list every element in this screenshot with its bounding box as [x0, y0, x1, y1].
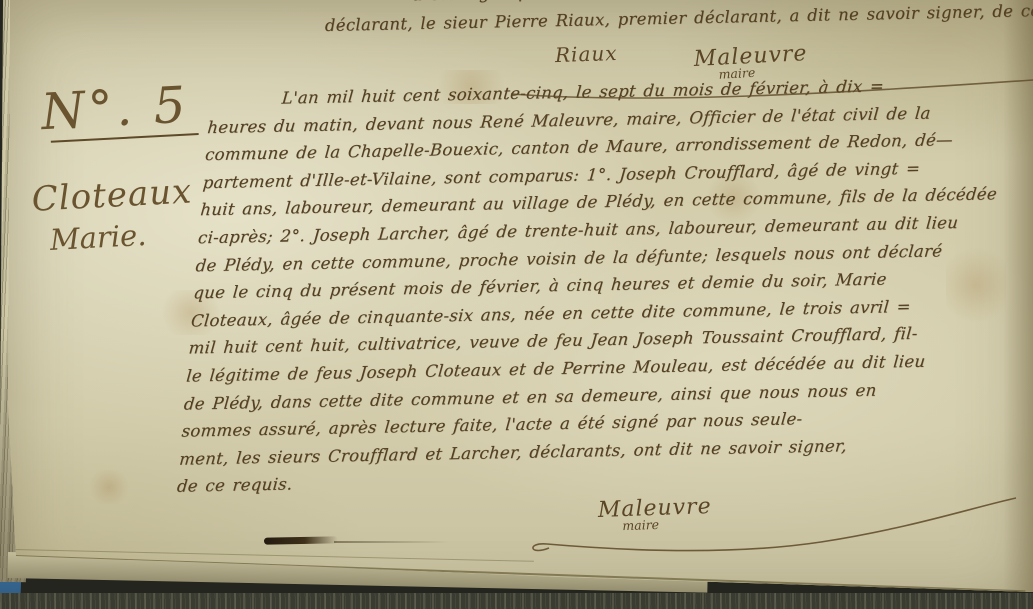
- flourish-stroke: [511, 80, 1033, 98]
- signature-flourish: [511, 488, 1026, 560]
- signature-flourish: [501, 72, 1033, 102]
- signature-text: Riaux: [555, 41, 618, 67]
- death-act-body: L'an mil huit cent soixante-cinq, le sep…: [176, 69, 1033, 500]
- register-page: a été signé par nous et le deuxième décl…: [6, 0, 1033, 609]
- flourish-stroke: [533, 498, 1016, 551]
- declarant-signature: Riaux: [555, 41, 618, 67]
- previous-act-closing: a été signé par nous et le deuxième décl…: [324, 0, 1033, 40]
- ink-smudge-tail: [334, 541, 449, 543]
- table-edge-strip: [0, 593, 1033, 609]
- paper-stain: [86, 470, 132, 504]
- scanned-register-photo: a été signé par nous et le deuxième décl…: [0, 0, 1033, 609]
- ink-smudge: [264, 536, 338, 544]
- act-number: N°. 5: [40, 78, 228, 138]
